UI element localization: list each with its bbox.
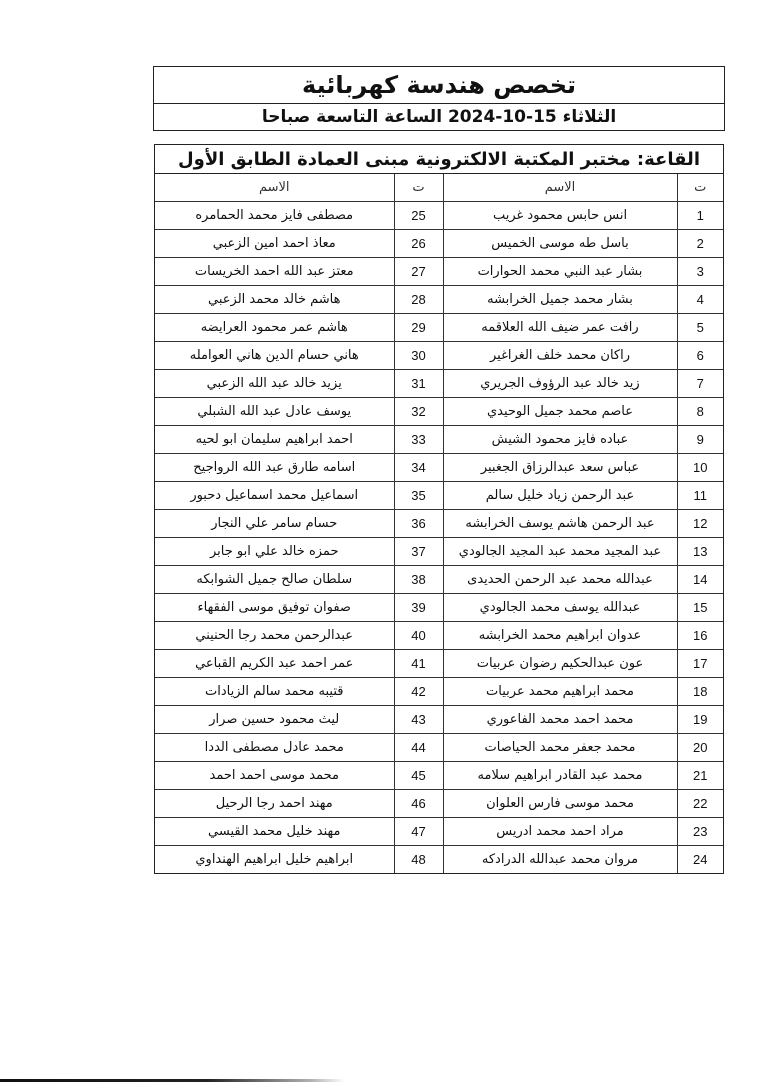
student-name: زيد خالد عبد الرؤوف الجريري	[443, 370, 677, 398]
row-number: 36	[394, 510, 443, 538]
student-name: عباس سعد عبدالرزاق الجغبير	[443, 454, 677, 482]
table-row: 18محمد ابراهيم محمد عربيات42قتيبه محمد س…	[155, 678, 723, 706]
student-name: حمزه خالد علي ابو جابر	[155, 538, 394, 566]
exam-date-time: الثلاثاء 15-10-2024 الساعة التاسعة صباحا	[154, 104, 724, 130]
table-row: 14عبدالله محمد عبد الرحمن الحديدى38سلطان…	[155, 566, 723, 594]
row-number: 2	[677, 230, 723, 258]
student-name: بشار عبد النبي محمد الحوارات	[443, 258, 677, 286]
student-name: محمد موسى فارس العلوان	[443, 790, 677, 818]
row-number: 30	[394, 342, 443, 370]
student-name: صفوان توفيق موسى الفقهاء	[155, 594, 394, 622]
student-name: اسماعيل محمد اسماعيل دحبور	[155, 482, 394, 510]
student-name: راكان محمد خلف الغراغير	[443, 342, 677, 370]
table-row: 2باسل طه موسى الخميس26معاذ احمد امين الز…	[155, 230, 723, 258]
document-header: تخصص هندسة كهربائية الثلاثاء 15-10-2024 …	[153, 66, 725, 131]
row-number: 26	[394, 230, 443, 258]
row-number: 47	[394, 818, 443, 846]
row-number: 29	[394, 314, 443, 342]
row-number: 40	[394, 622, 443, 650]
row-number: 8	[677, 398, 723, 426]
row-number: 19	[677, 706, 723, 734]
student-name: عباده فايز محمود الشيش	[443, 426, 677, 454]
row-number: 48	[394, 846, 443, 874]
row-number: 43	[394, 706, 443, 734]
row-number: 4	[677, 286, 723, 314]
student-name: احمد ابراهيم سليمان ابو لحيه	[155, 426, 394, 454]
column-header-number: ت	[677, 174, 723, 202]
row-number: 33	[394, 426, 443, 454]
row-number: 3	[677, 258, 723, 286]
row-number: 7	[677, 370, 723, 398]
student-name: ليث محمود حسين صرار	[155, 706, 394, 734]
student-name: محمد جعفر محمد الحياصات	[443, 734, 677, 762]
row-number: 25	[394, 202, 443, 230]
row-number: 23	[677, 818, 723, 846]
student-name: هاشم عمر محمود العرايضه	[155, 314, 394, 342]
table-row: 17عون عبدالحكيم رضوان عربيات41عمر احمد ع…	[155, 650, 723, 678]
student-name: عدوان ابراهيم محمد الخرابشه	[443, 622, 677, 650]
student-name: مهند خليل محمد القيسي	[155, 818, 394, 846]
table-row: 16عدوان ابراهيم محمد الخرابشه40عبدالرحمن…	[155, 622, 723, 650]
row-number: 41	[394, 650, 443, 678]
table-row: 7زيد خالد عبد الرؤوف الجريري31يزيد خالد …	[155, 370, 723, 398]
column-header-name: الاسم	[155, 174, 394, 202]
student-name: انس حابس محمود غريب	[443, 202, 677, 230]
table-row: 4بشار محمد جميل الخرابشه28هاشم خالد محمد…	[155, 286, 723, 314]
student-name: معاذ احمد امين الزعبي	[155, 230, 394, 258]
row-number: 18	[677, 678, 723, 706]
column-header-number: ت	[394, 174, 443, 202]
table-row: 3بشار عبد النبي محمد الحوارات27معتز عبد …	[155, 258, 723, 286]
table-row: 20محمد جعفر محمد الحياصات44محمد عادل مصط…	[155, 734, 723, 762]
row-number: 37	[394, 538, 443, 566]
student-name: حسام سامر علي النجار	[155, 510, 394, 538]
student-name: سلطان صالح جميل الشوابكه	[155, 566, 394, 594]
table-row: 21محمد عبد القادر ابراهيم سلامه45محمد مو…	[155, 762, 723, 790]
row-number: 45	[394, 762, 443, 790]
column-header-name: الاسم	[443, 174, 677, 202]
table-row: 24مروان محمد عبدالله الدرادكه48ابراهيم خ…	[155, 846, 723, 874]
student-name: عون عبدالحكيم رضوان عربيات	[443, 650, 677, 678]
row-number: 9	[677, 426, 723, 454]
row-number: 15	[677, 594, 723, 622]
specialization-title: تخصص هندسة كهربائية	[154, 67, 724, 104]
table-row: 8عاصم محمد جميل الوحيدي32يوسف عادل عبد ا…	[155, 398, 723, 426]
row-number: 35	[394, 482, 443, 510]
row-number: 38	[394, 566, 443, 594]
row-number: 27	[394, 258, 443, 286]
student-name: محمد عبد القادر ابراهيم سلامه	[443, 762, 677, 790]
table-row: 5رافت عمر ضيف الله العلاقمه29هاشم عمر مح…	[155, 314, 723, 342]
table-row: 11عبد الرحمن زياد خليل سالم35اسماعيل محم…	[155, 482, 723, 510]
student-name: محمد عادل مصطفى الددا	[155, 734, 394, 762]
row-number: 42	[394, 678, 443, 706]
student-name: هاني حسام الدين هاني العوامله	[155, 342, 394, 370]
student-name: مراد احمد محمد ادريس	[443, 818, 677, 846]
student-name: عبدالرحمن محمد رجا الحنيني	[155, 622, 394, 650]
row-number: 5	[677, 314, 723, 342]
student-name: مهند احمد رجا الرحيل	[155, 790, 394, 818]
row-number: 44	[394, 734, 443, 762]
student-name: عبد الرحمن هاشم يوسف الخرابشه	[443, 510, 677, 538]
row-number: 32	[394, 398, 443, 426]
table-body: 1انس حابس محمود غريب25مصطفى فايز محمد ال…	[155, 202, 723, 874]
student-name: عاصم محمد جميل الوحيدي	[443, 398, 677, 426]
row-number: 20	[677, 734, 723, 762]
student-name: محمد احمد محمد الفاعوري	[443, 706, 677, 734]
table-row: 23مراد احمد محمد ادريس47مهند خليل محمد ا…	[155, 818, 723, 846]
student-roster: القاعة: مختبر المكتبة الالكترونية مبنى ا…	[154, 144, 724, 874]
row-number: 39	[394, 594, 443, 622]
row-number: 1	[677, 202, 723, 230]
row-number: 34	[394, 454, 443, 482]
row-number: 6	[677, 342, 723, 370]
row-number: 12	[677, 510, 723, 538]
row-number: 17	[677, 650, 723, 678]
student-name: مروان محمد عبدالله الدرادكه	[443, 846, 677, 874]
student-name: بشار محمد جميل الخرابشه	[443, 286, 677, 314]
student-name: معتز عبد الله احمد الخريسات	[155, 258, 394, 286]
row-number: 16	[677, 622, 723, 650]
table-row: 19محمد احمد محمد الفاعوري43ليث محمود حسي…	[155, 706, 723, 734]
row-number: 46	[394, 790, 443, 818]
student-table: ت الاسم ت الاسم 1انس حابس محمود غريب25مص…	[155, 174, 723, 873]
room-title: القاعة: مختبر المكتبة الالكترونية مبنى ا…	[155, 145, 723, 174]
table-row: 13عبد المجيد محمد عبد المجيد الجالودي37ح…	[155, 538, 723, 566]
student-name: يوسف عادل عبد الله الشبلي	[155, 398, 394, 426]
student-name: ابراهيم خليل ابراهيم الهنداوي	[155, 846, 394, 874]
row-number: 28	[394, 286, 443, 314]
table-row: 6راكان محمد خلف الغراغير30هاني حسام الدي…	[155, 342, 723, 370]
row-number: 21	[677, 762, 723, 790]
student-name: عمر احمد عبد الكريم القباعي	[155, 650, 394, 678]
student-name: محمد ابراهيم محمد عربيات	[443, 678, 677, 706]
table-row: 12عبد الرحمن هاشم يوسف الخرابشه36حسام سا…	[155, 510, 723, 538]
student-name: باسل طه موسى الخميس	[443, 230, 677, 258]
student-name: عبد المجيد محمد عبد المجيد الجالودي	[443, 538, 677, 566]
scan-edge-artifact	[0, 1079, 345, 1082]
table-row: 9عباده فايز محمود الشيش33احمد ابراهيم سل…	[155, 426, 723, 454]
student-name: عبدالله محمد عبد الرحمن الحديدى	[443, 566, 677, 594]
row-number: 31	[394, 370, 443, 398]
student-name: رافت عمر ضيف الله العلاقمه	[443, 314, 677, 342]
student-name: قتيبه محمد سالم الزيادات	[155, 678, 394, 706]
student-name: محمد موسى احمد احمد	[155, 762, 394, 790]
table-header-row: ت الاسم ت الاسم	[155, 174, 723, 202]
student-name: اسامه طارق عبد الله الرواجيح	[155, 454, 394, 482]
table-row: 22محمد موسى فارس العلوان46مهند احمد رجا …	[155, 790, 723, 818]
row-number: 13	[677, 538, 723, 566]
row-number: 22	[677, 790, 723, 818]
row-number: 10	[677, 454, 723, 482]
row-number: 24	[677, 846, 723, 874]
table-row: 10عباس سعد عبدالرزاق الجغبير34اسامه طارق…	[155, 454, 723, 482]
student-name: يزيد خالد عبد الله الزعبي	[155, 370, 394, 398]
student-name: عبدالله يوسف محمد الجالودي	[443, 594, 677, 622]
table-row: 15عبدالله يوسف محمد الجالودي39صفوان توفي…	[155, 594, 723, 622]
student-name: مصطفى فايز محمد الحمامره	[155, 202, 394, 230]
student-name: عبد الرحمن زياد خليل سالم	[443, 482, 677, 510]
row-number: 14	[677, 566, 723, 594]
row-number: 11	[677, 482, 723, 510]
student-name: هاشم خالد محمد الزعبي	[155, 286, 394, 314]
table-row: 1انس حابس محمود غريب25مصطفى فايز محمد ال…	[155, 202, 723, 230]
